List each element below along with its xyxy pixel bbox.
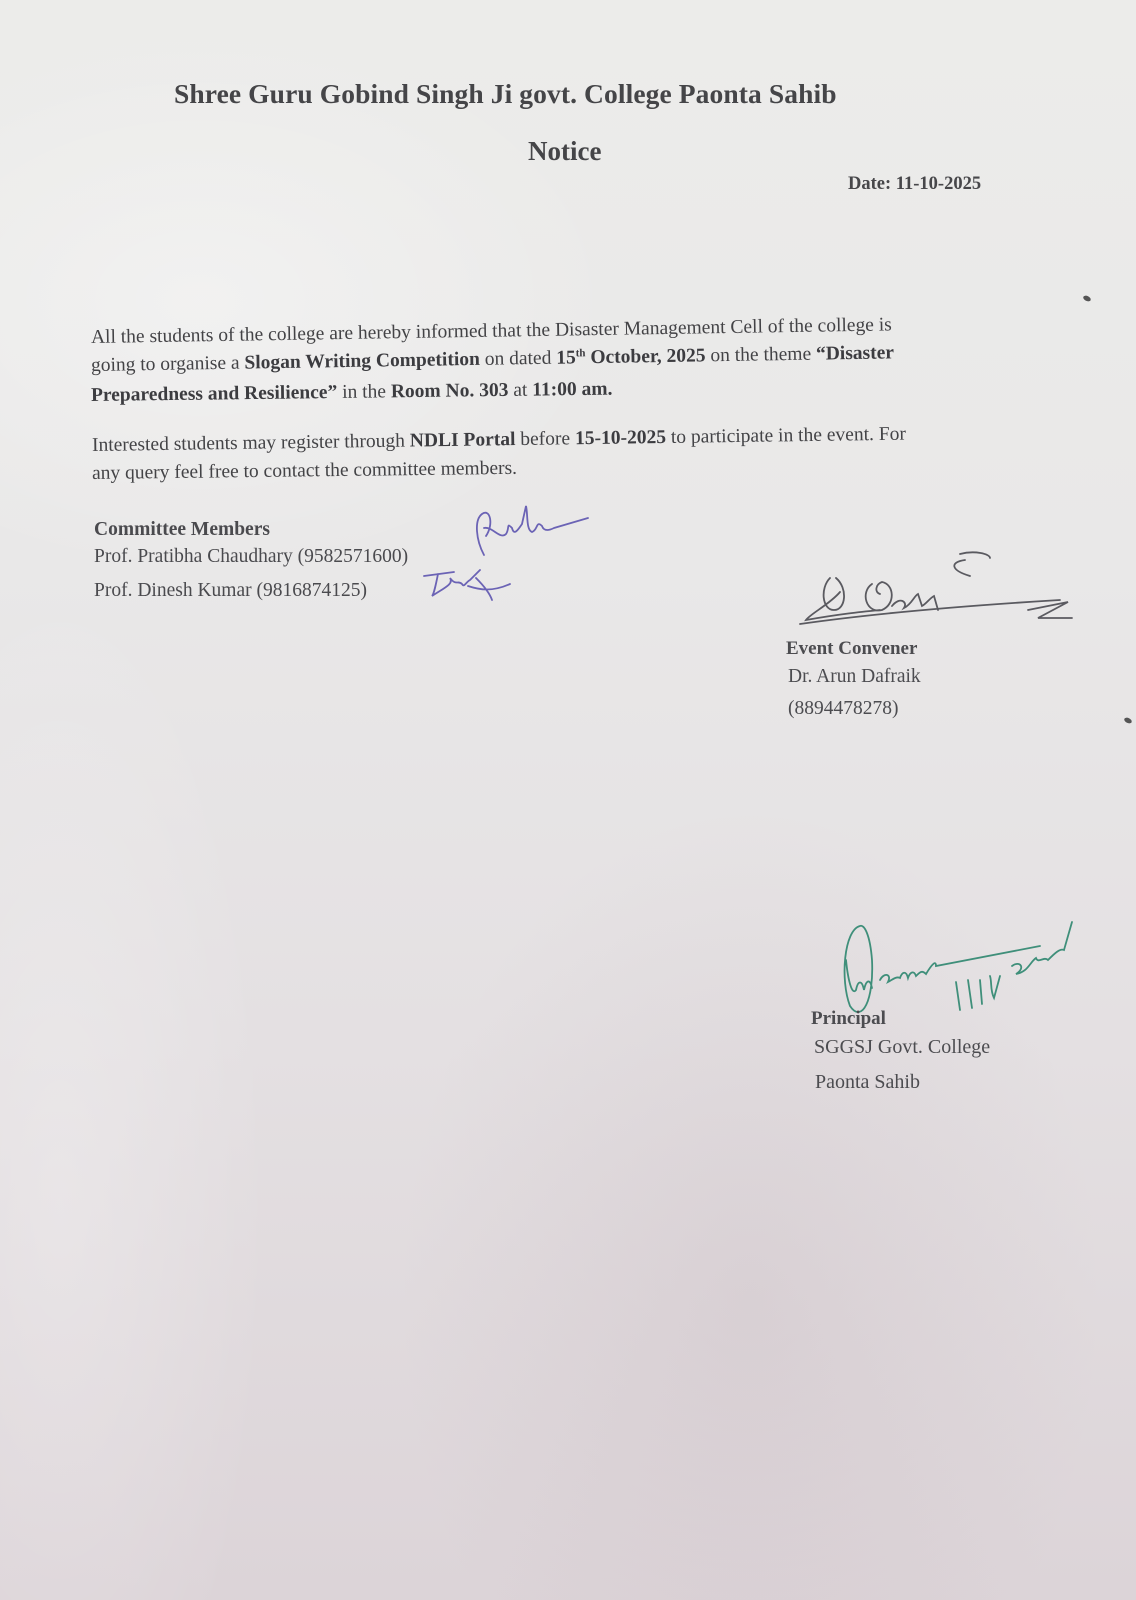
text: on the theme bbox=[705, 344, 816, 367]
committee-member: Prof. Dinesh Kumar (9816874125) bbox=[94, 580, 367, 602]
member-name: Prof. Pratibha Chaudhary bbox=[94, 546, 293, 567]
member-name: Prof. Dinesh Kumar bbox=[94, 580, 252, 601]
college-title: Shree Guru Gobind Singh Ji govt. College… bbox=[174, 78, 837, 110]
notice-heading: Notice bbox=[528, 136, 601, 167]
signature-dinesh bbox=[420, 562, 530, 612]
theme-start: “Disaster bbox=[816, 342, 894, 364]
principal-org: SGGSJ Govt. College bbox=[814, 1036, 990, 1059]
paragraph-1-line-2: going to organise a Slogan Writing Compe… bbox=[91, 343, 894, 375]
paper-background bbox=[0, 0, 1136, 1600]
registration-deadline: 15-10-2025 bbox=[575, 427, 666, 449]
convener-title: Event Convener bbox=[786, 638, 917, 660]
event-date: 15th October, 2025 bbox=[556, 345, 706, 368]
member-phone: (9582571600) bbox=[298, 546, 409, 567]
text: Interested students may register through bbox=[92, 431, 410, 456]
notice-date: Date: 11-10-2025 bbox=[848, 174, 981, 195]
event-day: 15 bbox=[556, 347, 576, 368]
paper-mark bbox=[1123, 717, 1132, 725]
signature-pratibha bbox=[470, 500, 600, 570]
date-value: 11-10-2025 bbox=[896, 174, 981, 194]
text: to participate in the event. For bbox=[666, 424, 906, 448]
paragraph-1-line-3: Preparedness and Resilience” in the Room… bbox=[91, 380, 613, 406]
committee-heading: Committee Members bbox=[94, 519, 270, 541]
paragraph-1-line-1: All the students of the college are here… bbox=[91, 315, 892, 347]
principal-title: Principal bbox=[811, 1008, 886, 1030]
date-label: Date: bbox=[848, 174, 891, 194]
text: in the bbox=[337, 381, 391, 403]
text: on dated bbox=[480, 348, 557, 370]
committee-member: Prof. Pratibha Chaudhary (9582571600) bbox=[94, 546, 408, 568]
text: before bbox=[515, 428, 575, 450]
text: at bbox=[508, 380, 532, 401]
member-phone: (9816874125) bbox=[256, 580, 367, 601]
principal-place: Paonta Sahib bbox=[815, 1071, 920, 1094]
text: going to organise a bbox=[91, 353, 245, 376]
event-time: 11:00 am. bbox=[532, 379, 612, 401]
convener-phone: (8894478278) bbox=[788, 698, 899, 720]
paragraph-2-line-2: any query feel free to contact the commi… bbox=[92, 459, 517, 484]
event-month-year: October, 2025 bbox=[585, 345, 705, 368]
signature-convener bbox=[800, 548, 1100, 648]
convener-name: Dr. Arun Dafraik bbox=[788, 666, 921, 688]
portal-name: NDLI Portal bbox=[410, 429, 516, 451]
venue: Room No. 303 bbox=[391, 380, 509, 402]
theme-end: Preparedness and Resilience” bbox=[91, 382, 338, 406]
paper-mark bbox=[1082, 295, 1091, 303]
event-day-suffix: th bbox=[576, 347, 586, 359]
paragraph-2-line-1: Interested students may register through… bbox=[92, 425, 906, 456]
event-name: Slogan Writing Competition bbox=[244, 349, 480, 374]
